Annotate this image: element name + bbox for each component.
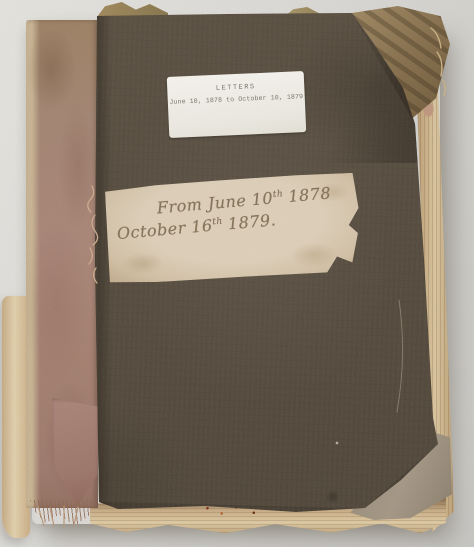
handwritten-line1-year: 1878 bbox=[288, 183, 332, 206]
handwritten-text: From June 10th1878 October 16th1879. bbox=[104, 181, 360, 244]
spine-texture bbox=[26, 20, 98, 508]
handwritten-line2-main: October 16 bbox=[116, 216, 213, 243]
handwritten-line2-year: 1879. bbox=[227, 210, 277, 233]
photo-of-letter-book: LETTERS June 10, 1878 to October 10, 187… bbox=[0, 0, 474, 547]
handwritten-line2-ordinal: th bbox=[212, 217, 223, 228]
typed-archive-label: LETTERS June 10, 1878 to October 10, 187… bbox=[167, 71, 307, 138]
handwritten-line1-ordinal: th bbox=[272, 189, 283, 200]
typed-label-dates: June 10, 1878 to October 10, 1879 bbox=[168, 93, 305, 106]
handwritten-paper-label: From June 10th1878 October 16th1879. bbox=[105, 173, 361, 284]
